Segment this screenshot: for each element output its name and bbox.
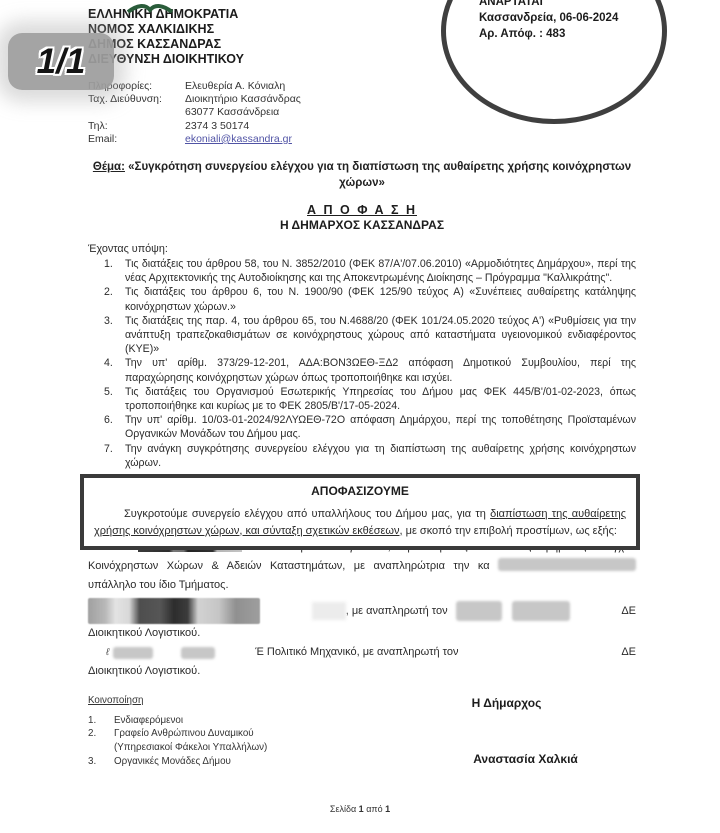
appointee-3-lead-mark: ℓ <box>106 643 109 662</box>
redaction-block <box>113 647 153 659</box>
distribution-item: 3. Οργανικές Μονάδες Δήμου <box>88 755 267 769</box>
distribution-item-text: Γραφείο Ανθρώπινου Δυναμικού <box>114 727 254 741</box>
redaction-block <box>512 601 570 621</box>
signature-block: Η Δήμαρχος Αναστασία Χαλκιά <box>414 696 599 766</box>
contact-email-label: Email: <box>88 133 185 146</box>
redaction-block <box>181 647 215 659</box>
approval-stamp-text: ΑΝΑΡΤΑΤΑΙ Κασσανδρεία, 06-06-2024 Αρ. Απ… <box>479 0 618 42</box>
document-page: ΑΝΑΡΤΑΤΑΙ Κασσανδρεία, 06-06-2024 Αρ. Απ… <box>0 0 720 833</box>
subject-line: Θέμα: «Συγκρότηση συνεργείου ελέγχου για… <box>88 159 636 191</box>
contact-email-link[interactable]: ekoniali@kassandra.gr <box>185 133 292 146</box>
distribution-item-number: 3. <box>88 755 114 769</box>
appointee-2-text: , με αναπληρωτή τον <box>346 602 448 621</box>
appointee-3-degree: ΔΕ <box>621 643 636 662</box>
consideration-number: 6. <box>104 413 125 441</box>
contact-address2-value: 63077 Κασσάνδρεια <box>185 106 279 119</box>
footer-prefix: Σελίδα <box>330 804 359 814</box>
redaction-block <box>312 602 346 620</box>
decision-box-title: ΑΠΟΦΑΣΙΖΟΥΜΕ <box>94 484 626 498</box>
stamp-decision-number: Αρ. Απόφ. : 483 <box>479 26 618 42</box>
considerations-list: 1. Τις διατάξεις του άρθρου 58, του Ν. 3… <box>88 257 636 470</box>
signature-role: Η Δήμαρχος <box>414 696 599 710</box>
contact-address2-spacer <box>88 106 185 119</box>
appointee-3: ℓ Έ Πολιτικό Μηχανικό, με αναπληρωτή τον… <box>88 643 636 662</box>
distribution-item-number: 2. <box>88 727 114 741</box>
consideration-text: Τις διατάξεις του άρθρου 58, του Ν. 3852… <box>125 257 636 285</box>
consideration-item: 6. Την υπ' αρίθμ. 10/03-01-2024/92ΛΥΩΕΘ-… <box>88 413 636 441</box>
consideration-number: 4. <box>104 356 125 384</box>
distribution-item-subtext: (Υπηρεσιακοί Φάκελοι Υπαλλήλων) <box>114 741 267 755</box>
contact-info-value: Ελευθερία Α. Κόνιαλη <box>185 80 285 93</box>
appointee-3-text: Έ Πολιτικό Μηχανικό, με αναπληρωτή τον <box>255 643 458 662</box>
redaction-block <box>456 601 502 621</box>
stamp-posted-label: ΑΝΑΡΤΑΤΑΙ <box>479 0 618 10</box>
page-counter-label: 1/1 <box>37 42 86 82</box>
decision-body-pre: Συγκροτούμε συνεργείο ελέγχου από υπαλλή… <box>124 508 490 520</box>
decision-subtitle: Η ΔΗΜΑΡΧΟΣ ΚΑΣΣΑΝΔΡΑΣ <box>88 218 636 232</box>
subject-text: «Συγκρότηση συνεργείου ελέγχου για τη δι… <box>125 161 631 189</box>
consideration-number: 1. <box>104 257 125 285</box>
consideration-text: Τις διατάξεις του Οργανισμού Εσωτερικής … <box>125 385 636 413</box>
consideration-item: 7. Την ανάγκη συγκρότησης συνεργείου ελέ… <box>88 442 636 470</box>
appointee-1-text-post: υπάλληλο του ίδιο Τμήματος. <box>88 579 229 591</box>
decision-title: Α Π Ο Φ Α Σ Η <box>88 203 636 217</box>
contact-phone-value: 2374 3 50174 <box>185 120 249 133</box>
consideration-item: 2. Τις διατάξεις του άρθρου 6, του Ν. 19… <box>88 285 636 313</box>
consideration-text: Την υπ' αρίθμ. 373/29-12-201, ΑΔΑ:ΒΟΝ3ΩΕ… <box>125 356 636 384</box>
redaction-block <box>498 558 636 571</box>
appointee-2-tail: Διοικητικού Λογιστικού. <box>88 624 636 643</box>
consideration-item: 3. Τις διατάξεις της παρ. 4, του άρθρου … <box>88 314 636 357</box>
appointee-2-degree: ΔΕ <box>621 602 636 621</box>
consideration-number: 3. <box>104 314 125 357</box>
appointee-3-tail: Διοικητικού Λογιστικού. <box>88 662 636 681</box>
page-footer: Σελίδα 1 από 1 <box>0 804 720 814</box>
municipality-logo-icon <box>127 0 173 18</box>
distribution-item-text: Ενδιαφερόμενοι <box>114 714 183 728</box>
contact-phone-label: Τηλ: <box>88 120 185 133</box>
decision-body-post: με σκοπό την επιβολή προστίμων, ως εξής: <box>403 525 617 537</box>
decision-box: ΑΠΟΦΑΣΙΖΟΥΜΕ Συγκροτούμε συνεργείο ελέγχ… <box>80 474 640 550</box>
consideration-number: 2. <box>104 285 125 313</box>
consideration-item: 4. Την υπ' αρίθμ. 373/29-12-201, ΑΔΑ:ΒΟΝ… <box>88 356 636 384</box>
page-counter-badge: 1/1 <box>8 33 114 90</box>
decision-preamble: Έχοντας υπόψη: <box>88 243 636 255</box>
decision-box-body: Συγκροτούμε συνεργείο ελέγχου από υπαλλή… <box>94 506 626 539</box>
appointees-section: ΔΕ Διοικητικού Λογιστικού, Προϊστάμενος … <box>88 537 636 681</box>
distribution-item-number: 1. <box>88 714 114 728</box>
consideration-text: Την υπ' αρίθμ. 10/03-01-2024/92ΛΥΩΕΘ-72Ο… <box>125 413 636 441</box>
consideration-number: 5. <box>104 385 125 413</box>
contact-address-value: Διοικητήριο Κασσάνδρας <box>185 93 301 106</box>
consideration-text: Την ανάγκη συγκρότησης συνεργείου ελέγχο… <box>125 442 636 470</box>
stamp-place-date: Κασσανδρεία, 06-06-2024 <box>479 10 618 26</box>
consideration-item: 1. Τις διατάξεις του άρθρου 58, του Ν. 3… <box>88 257 636 285</box>
signature-name: Αναστασία Χαλκιά <box>452 752 599 766</box>
distribution-item-text: Οργανικές Μονάδες Δήμου <box>114 755 231 769</box>
distribution-title: Κοινοποίηση <box>88 694 267 708</box>
subject-label: Θέμα: <box>93 161 125 173</box>
redaction-block <box>88 598 260 624</box>
footer-total-pages: 1 <box>385 804 390 814</box>
footer-middle: από <box>364 804 385 814</box>
consideration-text: Τις διατάξεις της παρ. 4, του άρθρου 65,… <box>125 314 636 357</box>
consideration-text: Τις διατάξεις του άρθρου 6, του Ν. 1900/… <box>125 285 636 313</box>
contact-address-label: Ταχ. Διεύθυνση: <box>88 93 185 106</box>
distribution-item: 2. Γραφείο Ανθρώπινου Δυναμικού <box>88 727 267 741</box>
consideration-number: 7. <box>104 442 125 470</box>
contact-row-email: Email: ekoniali@kassandra.gr <box>88 133 636 146</box>
appointee-2: , με αναπληρωτή τον ΔΕ <box>88 598 636 624</box>
consideration-item: 5. Τις διατάξεις του Οργανισμού Εσωτερικ… <box>88 385 636 413</box>
distribution-item: 1. Ενδιαφερόμενοι <box>88 714 267 728</box>
distribution-section: Κοινοποίηση 1. Ενδιαφερόμενοι 2. Γραφείο… <box>88 694 267 769</box>
